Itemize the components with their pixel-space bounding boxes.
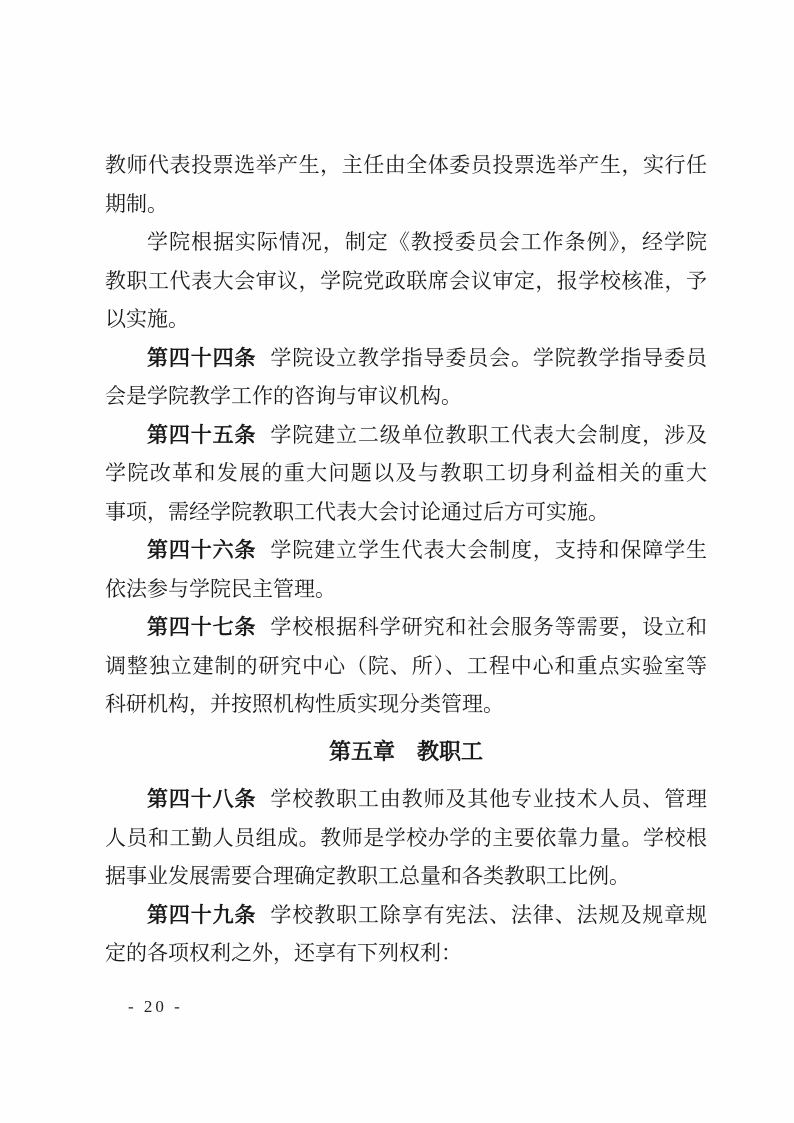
line-text: 事项，需经学院教职工代表大会讨论通过后方可实施。 [105, 500, 609, 524]
article-number: 第四十七条 [147, 615, 256, 639]
text-line: 科研机构，并按照机构性质实现分类管理。 [105, 685, 707, 724]
text-line: 会是学院教学工作的咨询与审议机构。 [105, 377, 707, 416]
text-line: 学院根据实际情况，制定《教授委员会工作条例》，经学院 [105, 223, 707, 262]
document-page: 教师代表投票选举产生，主任由全体委员投票选举产生，实行任期制。学院根据实际情况，… [0, 0, 794, 1123]
line-text: 据事业发展需要合理确定教职工总量和各类教职工比例。 [105, 864, 630, 888]
line-text: 期制。 [105, 192, 168, 216]
text-line: 第四十八条学校教职工由教师及其他专业技术人员、管理 [105, 780, 707, 819]
line-text: 学院建立二级单位教职工代表大会制度，涉及 [270, 423, 707, 447]
text-line: 教师代表投票选举产生，主任由全体委员投票选举产生，实行任 [105, 146, 707, 185]
line-text: 科研机构，并按照机构性质实现分类管理。 [105, 692, 504, 716]
document-text: 教师代表投票选举产生，主任由全体委员投票选举产生，实行任期制。学院根据实际情况，… [105, 146, 707, 973]
line-text: 人员和工勤人员组成。教师是学校办学的主要依靠力量。学校根 [105, 826, 707, 850]
page-number: - 20 - [128, 997, 183, 1017]
article-number: 第四十八条 [147, 787, 256, 811]
line-text: 学院设立教学指导委员会。学院教学指导委员 [270, 346, 707, 370]
text-line: 以实施。 [105, 300, 707, 339]
text-line: 第四十四条学院设立教学指导委员会。学院教学指导委员 [105, 339, 707, 378]
line-text: 第五章 教职工 [329, 739, 483, 764]
line-text: 学院建立学生代表大会制度，支持和保障学生 [270, 538, 707, 562]
text-line: 第四十九条学校教职工除享有宪法、法律、法规及规章规 [105, 896, 707, 935]
text-line: 第四十七条学校根据科学研究和社会服务等需要，设立和 [105, 608, 707, 647]
text-line: 学院改革和发展的重大问题以及与教职工切身利益相关的重大 [105, 454, 707, 493]
text-line: 教职工代表大会审议，学院党政联席会议审定，报学校核准，予 [105, 262, 707, 301]
article-number: 第四十九条 [147, 903, 256, 927]
text-line: 事项，需经学院教职工代表大会讨论通过后方可实施。 [105, 493, 707, 532]
article-number: 第四十五条 [147, 423, 256, 447]
text-line: 第四十五条学院建立二级单位教职工代表大会制度，涉及 [105, 416, 707, 455]
article-number: 第四十四条 [147, 346, 256, 370]
line-text: 学校教职工除享有宪法、法律、法规及规章规 [270, 903, 707, 927]
line-text: 依法参与学院民主管理。 [105, 577, 336, 601]
chapter-heading: 第五章 教职工 [105, 733, 707, 772]
text-line: 定的各项权利之外，还享有下列权利： [105, 934, 707, 973]
line-text: 学院改革和发展的重大问题以及与教职工切身利益相关的重大 [105, 461, 707, 485]
text-line: 第四十六条学院建立学生代表大会制度，支持和保障学生 [105, 531, 707, 570]
text-line: 依法参与学院民主管理。 [105, 570, 707, 609]
line-text: 教职工代表大会审议，学院党政联席会议审定，报学校核准，予 [105, 269, 707, 293]
text-line: 人员和工勤人员组成。教师是学校办学的主要依靠力量。学校根 [105, 819, 707, 858]
article-number: 第四十六条 [147, 538, 256, 562]
text-line: 据事业发展需要合理确定教职工总量和各类教职工比例。 [105, 857, 707, 896]
line-text: 学校根据科学研究和社会服务等需要，设立和 [270, 615, 707, 639]
line-text: 以实施。 [105, 307, 189, 331]
line-text: 会是学院教学工作的咨询与审议机构。 [105, 384, 462, 408]
line-text: 调整独立建制的研究中心（院、所）、工程中心和重点实验室等 [105, 654, 707, 678]
line-text: 教师代表投票选举产生，主任由全体委员投票选举产生，实行任 [105, 153, 707, 177]
text-line: 调整独立建制的研究中心（院、所）、工程中心和重点实验室等 [105, 647, 707, 686]
line-text: 学校教职工由教师及其他专业技术人员、管理 [270, 787, 707, 811]
text-line: 期制。 [105, 185, 707, 224]
line-text: 学院根据实际情况，制定《教授委员会工作条例》，经学院 [147, 230, 707, 254]
line-text: 定的各项权利之外，还享有下列权利： [105, 941, 462, 965]
